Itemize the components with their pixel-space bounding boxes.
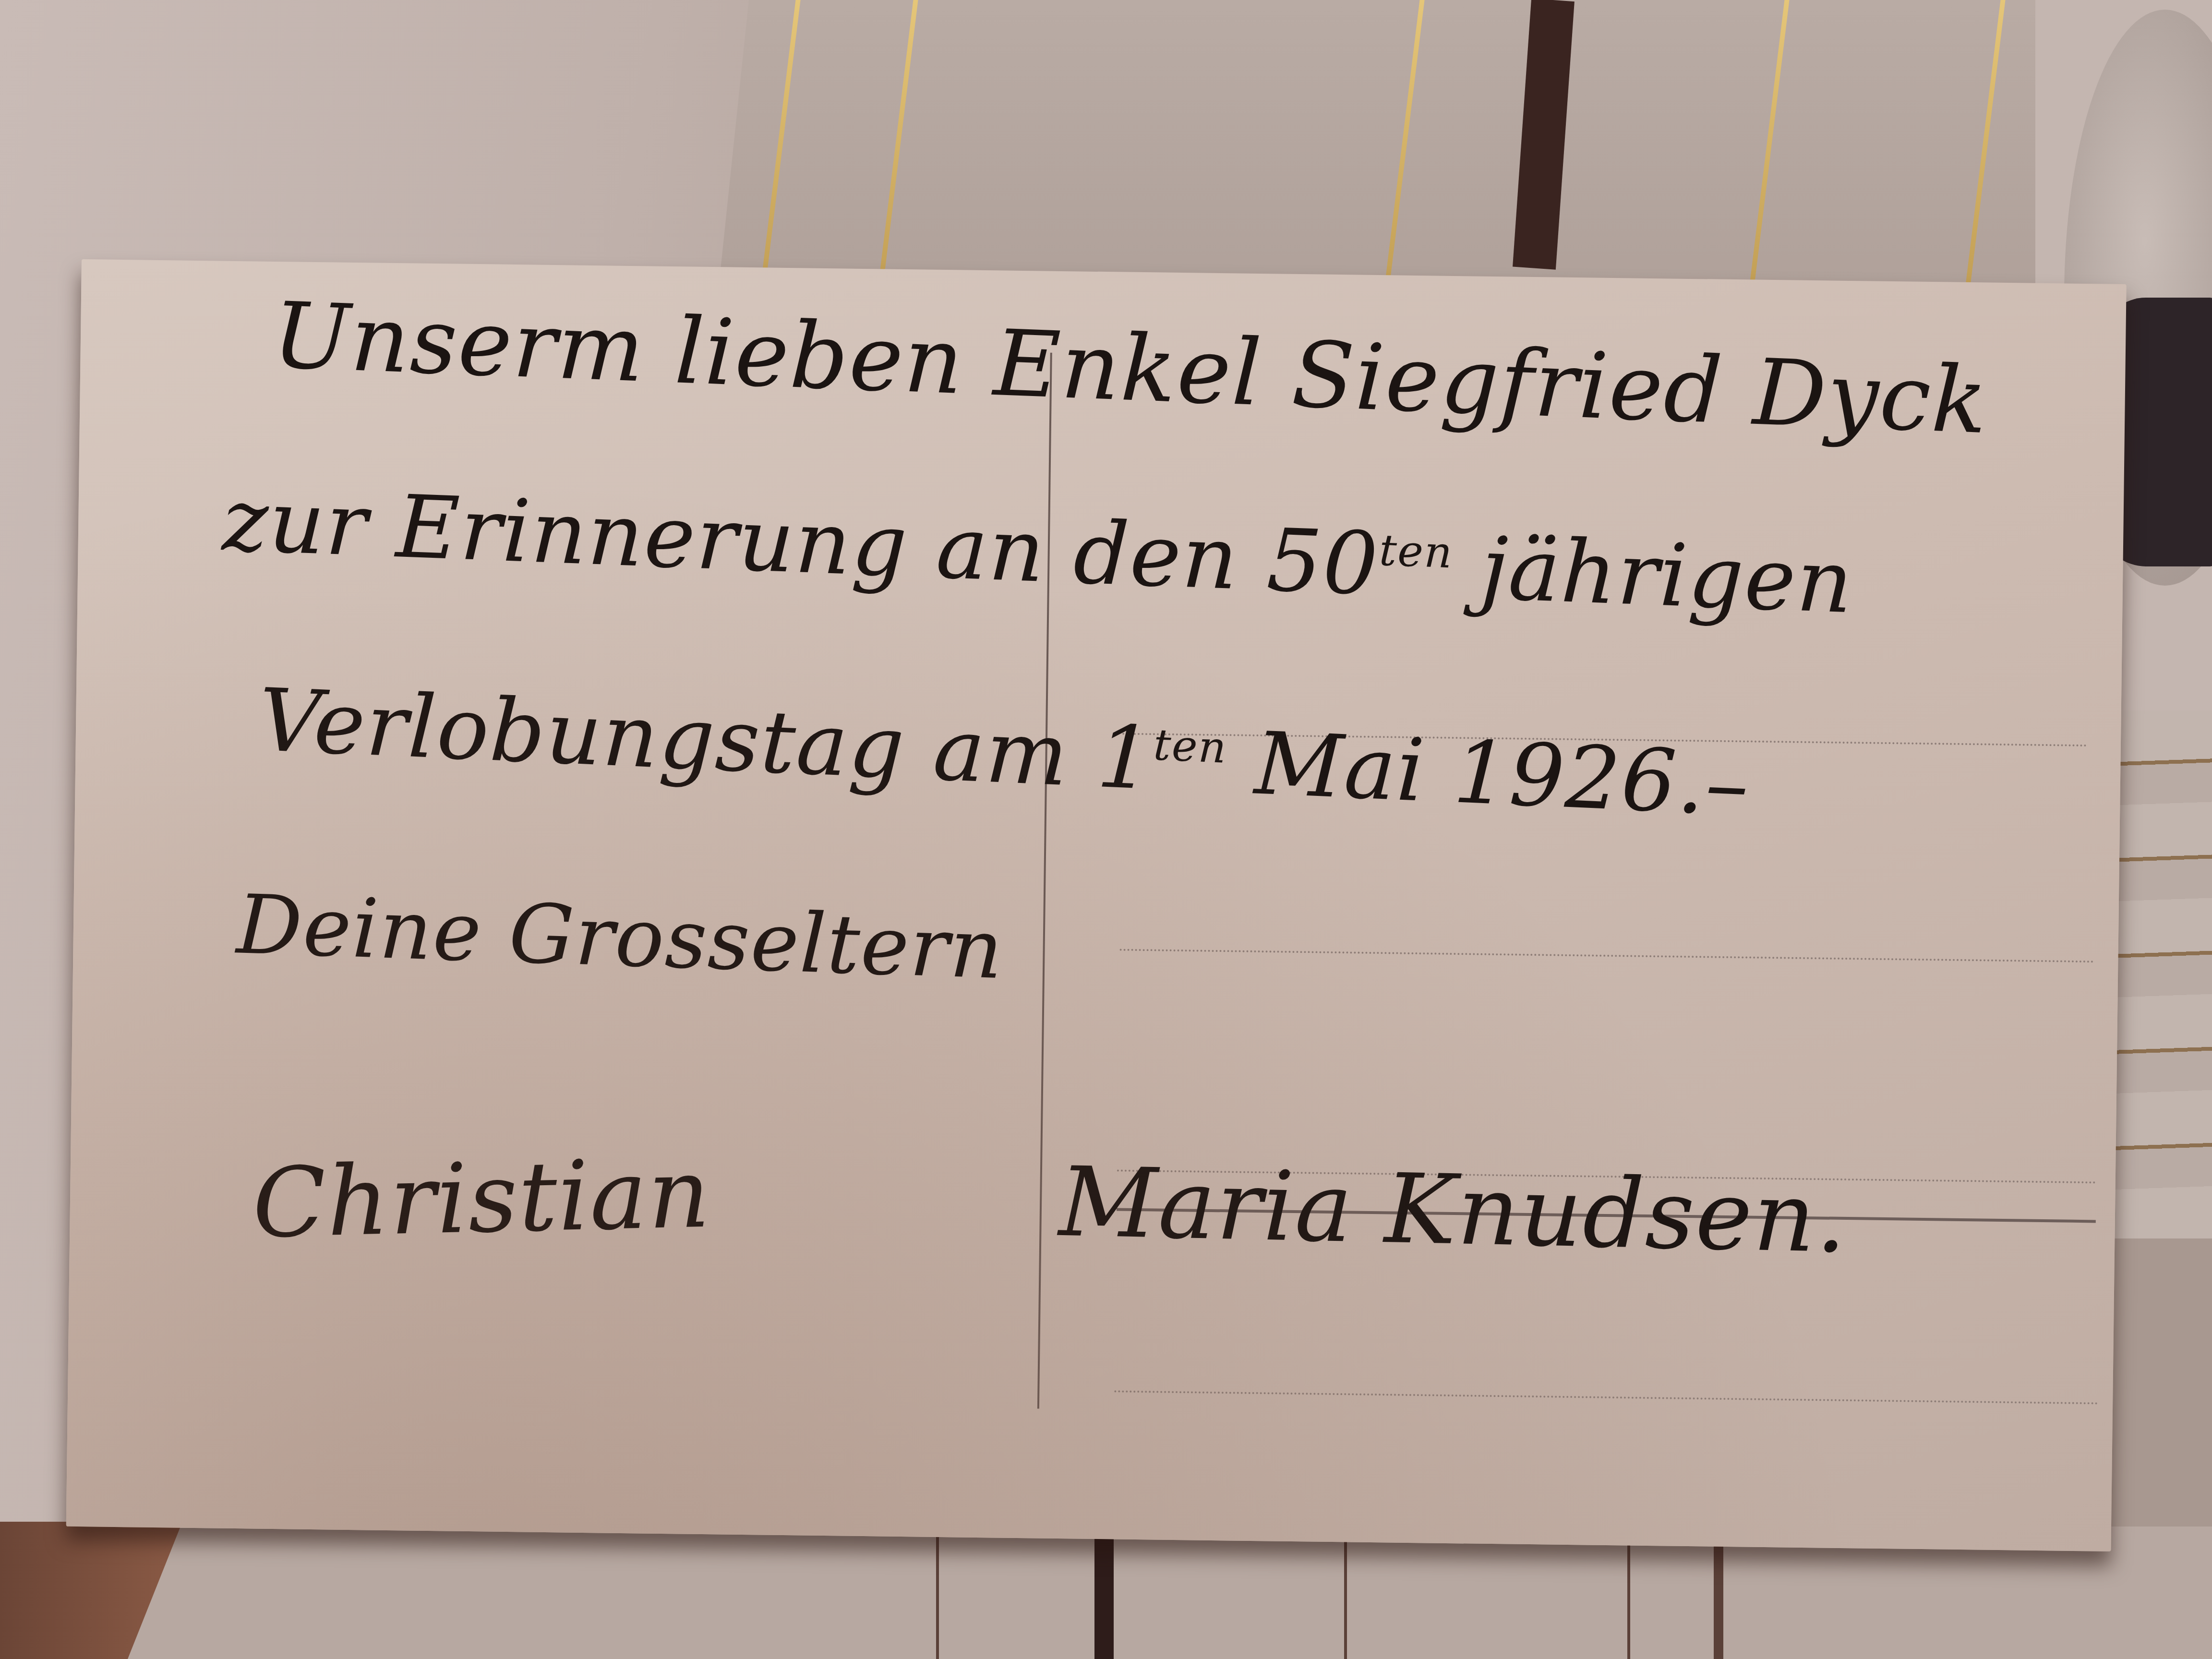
album-line	[1344, 1522, 1347, 1659]
message-text: Unserm lieben Enkel Siegfried Dyck	[271, 282, 1990, 454]
message-line-4-closing: Deine Grosseltern	[235, 877, 1005, 998]
address-line	[1114, 1390, 2098, 1404]
message-text: Verlobungstag am 1	[257, 670, 1155, 809]
album-spine-gap	[1094, 1522, 1114, 1659]
signature-grandfather: Christian	[252, 1138, 712, 1260]
message-text: jährigen	[1451, 517, 1855, 633]
ordinal-superscript: ten	[1153, 720, 1228, 773]
ordinal-superscript: ten	[1378, 525, 1454, 578]
postcard: Unserm lieben Enkel Siegfried Dyck zur E…	[66, 259, 2127, 1551]
album-line	[936, 1522, 939, 1659]
address-line	[1120, 949, 2094, 963]
message-line-1: Unserm lieben Enkel Siegfried Dyck	[271, 282, 1990, 454]
message-line-2: zur Erinnerung an den 50ten jährigen	[221, 470, 1855, 633]
signature-text: Maria Knudsen.	[1058, 1146, 1849, 1274]
message-text: Mai 1926.–	[1224, 712, 1752, 835]
message-text: zur Erinnerung an den 50	[221, 470, 1381, 614]
closing-text: Deine Grosseltern	[235, 877, 1005, 998]
signature-grandmother: Maria Knudsen.	[1058, 1146, 1849, 1274]
message-line-3: Verlobungstag am 1ten Mai 1926.–	[257, 670, 1752, 835]
signature-text: Christian	[252, 1138, 712, 1260]
